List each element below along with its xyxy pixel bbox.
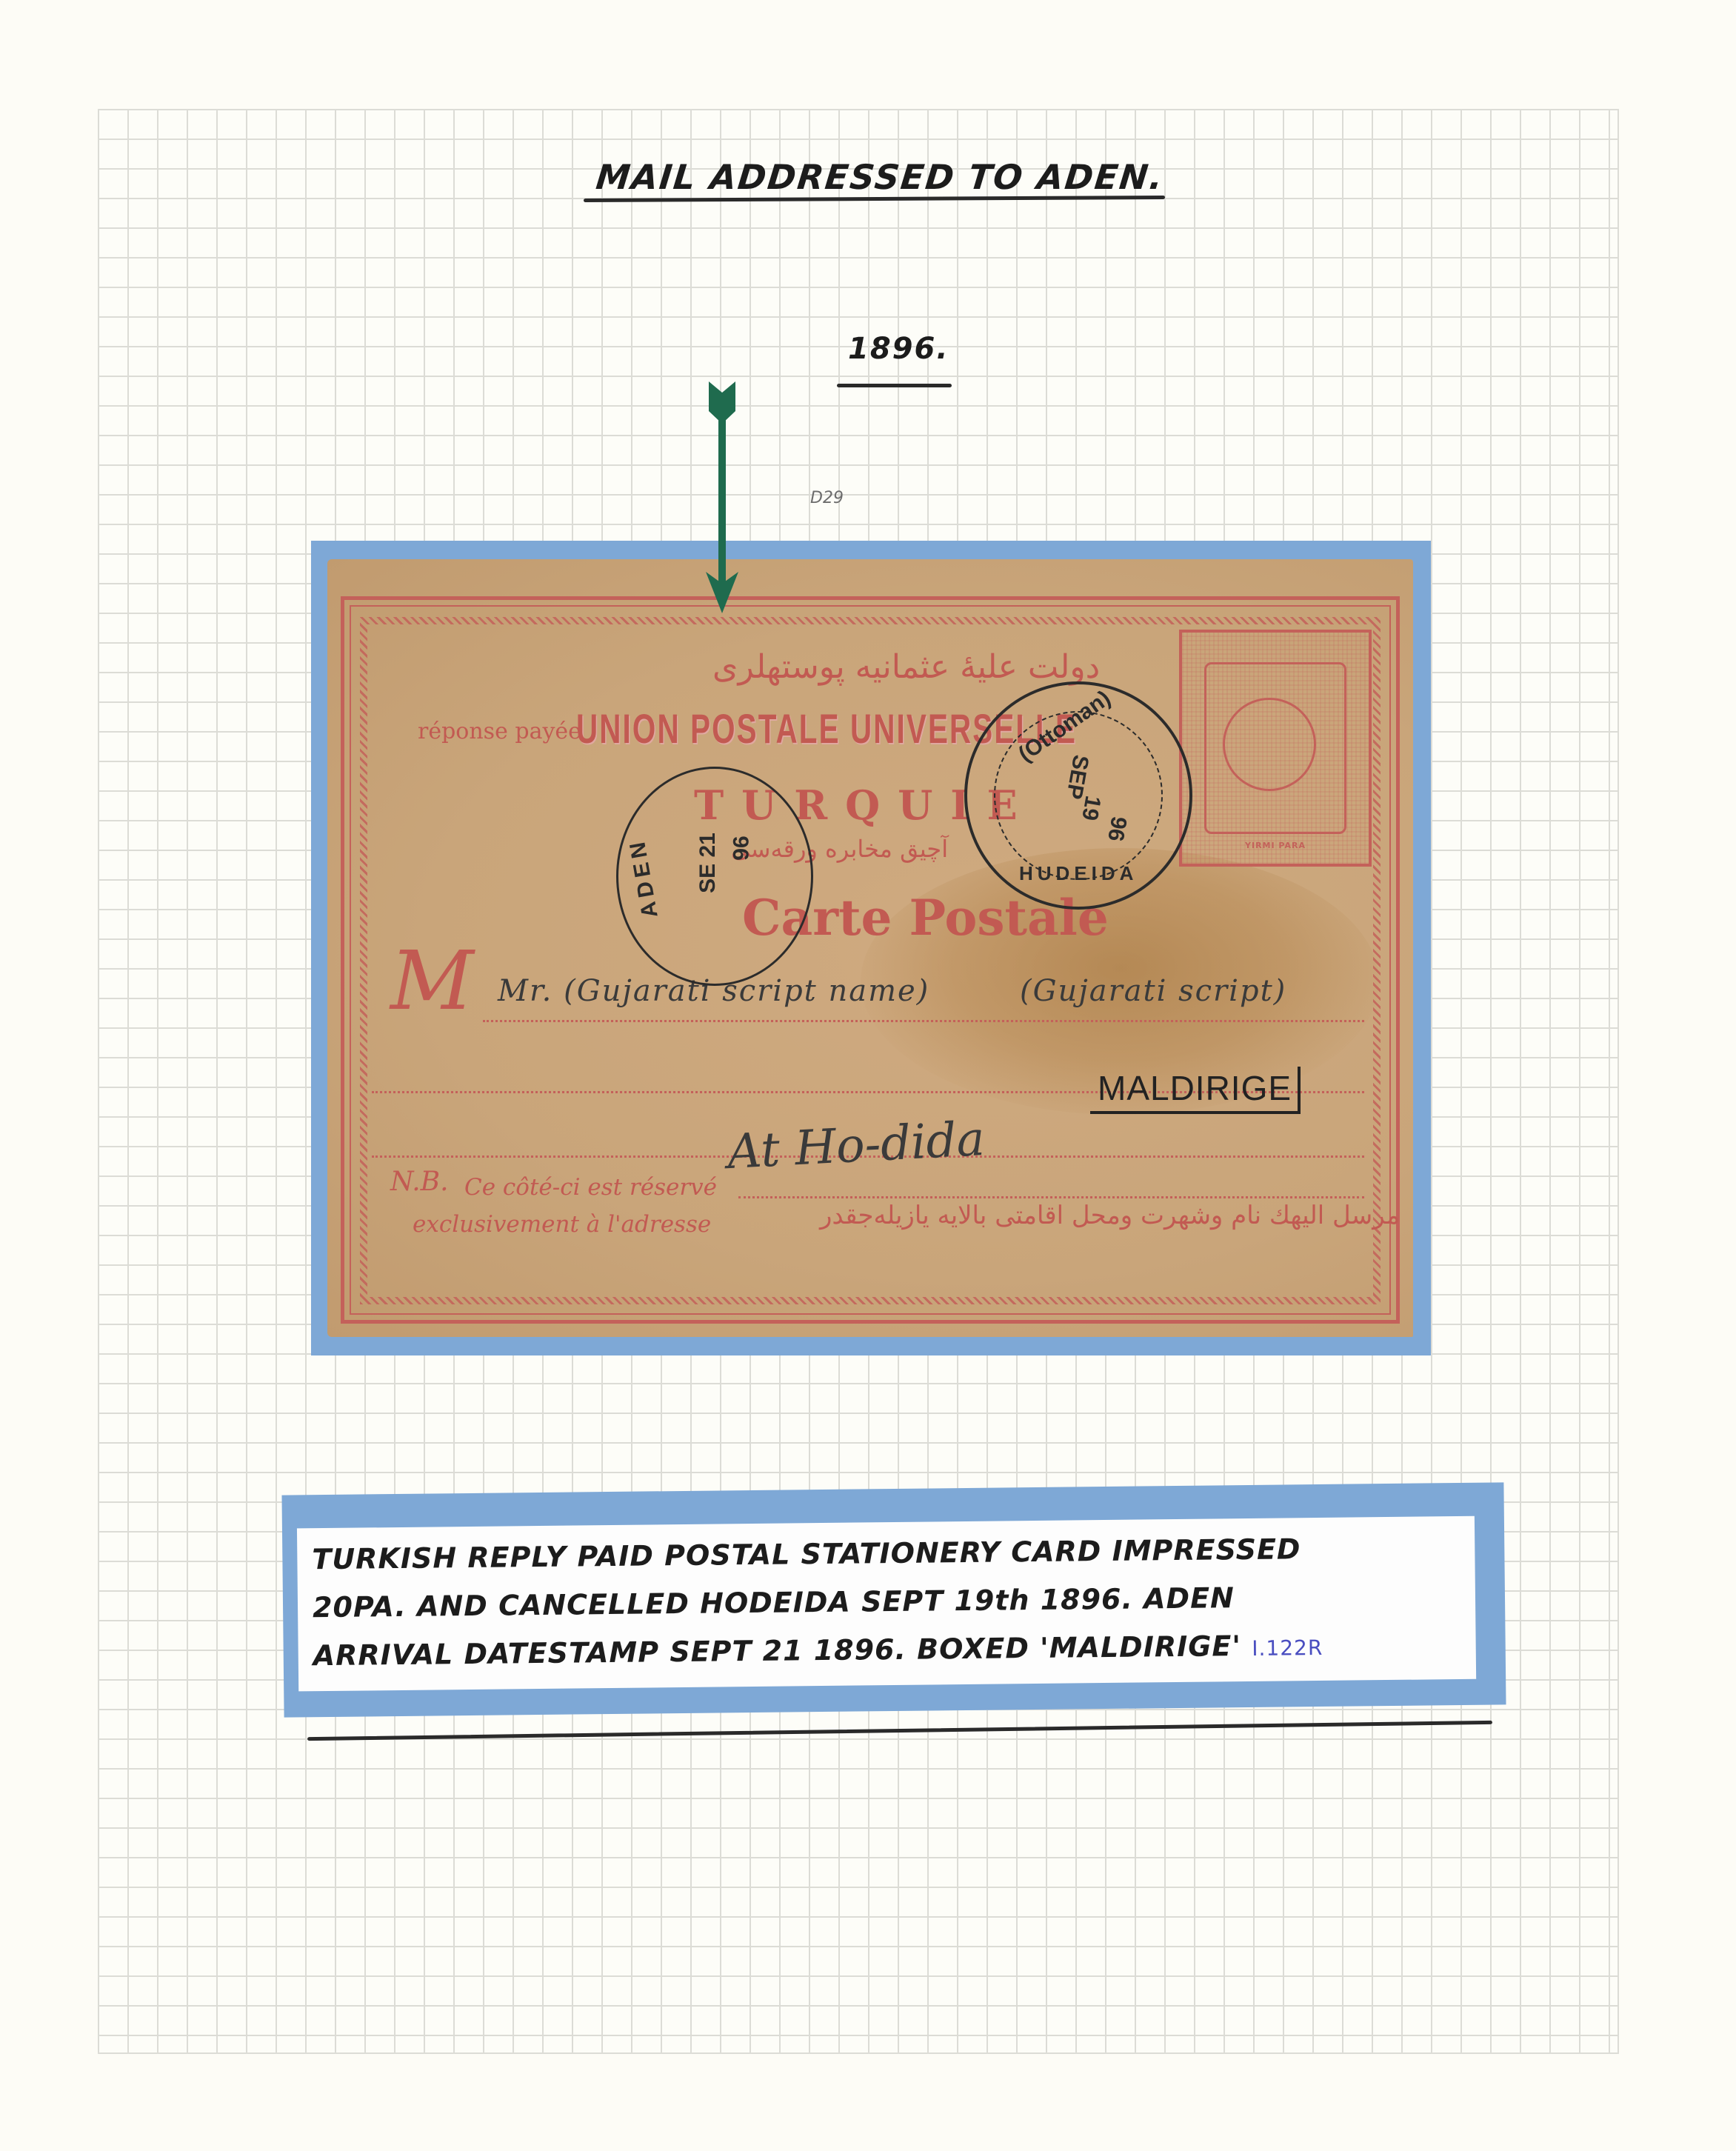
ottoman-header: دولت علیهٔ عثمانیه پوستهلری	[712, 648, 1100, 686]
green-arrow-icon	[700, 378, 744, 615]
postmark-day: 19	[1076, 794, 1105, 823]
aden-postmark: ADEN SE 21 96	[616, 767, 813, 986]
reference-note: D29	[810, 489, 844, 507]
postmark-town: HUDEIDA	[1019, 862, 1138, 885]
year-heading: 1896.	[848, 332, 949, 366]
year-underline	[837, 384, 952, 387]
caption-line-3-text: ARRIVAL DATESTAMP SEPT 21 1896. BOXED 'M…	[313, 1630, 1242, 1672]
ottoman-footer: مرسل الیهك نام وشهرت ومحل اقامتی بالایه …	[820, 1201, 1400, 1230]
nb-label: N.B.	[390, 1167, 449, 1197]
manuscript-addressee-continued: (Gujarati script)	[1020, 974, 1286, 1008]
address-line	[738, 1196, 1364, 1198]
catalogue-reference: I.122R	[1252, 1635, 1323, 1661]
postmark-year: 96	[730, 836, 755, 860]
imprinted-stamp: YIRMI PARA	[1179, 630, 1372, 867]
postcard: دولت علیهٔ عثمانیه پوستهلری réponse payé…	[327, 559, 1413, 1337]
postcard-mount: دولت علیهٔ عثمانیه پوستهلری réponse payé…	[311, 541, 1431, 1355]
page-title: MAIL ADDRESSED TO ADEN.	[594, 157, 1166, 197]
caption-card: TURKISH REPLY PAID POSTAL STATIONERY CAR…	[297, 1516, 1476, 1692]
postmark-town: ADEN	[624, 836, 663, 919]
caption-line-1: TURKISH REPLY PAID POSTAL STATIONERY CAR…	[312, 1533, 1301, 1575]
nb-text-line1: Ce côté-ci est réservé	[464, 1174, 717, 1201]
caption-mount: TURKISH REPLY PAID POSTAL STATIONERY CAR…	[281, 1482, 1506, 1717]
postmark-year: 96	[1102, 815, 1131, 844]
reply-paid-label: réponse payée	[418, 718, 581, 744]
boxed-maldirige-handstamp: MALDIRIGE	[1090, 1067, 1301, 1114]
stamp-value: YIRMI PARA	[1182, 841, 1369, 850]
crescent-star-emblem-icon	[1223, 698, 1316, 791]
postmark-date: SE 21	[695, 833, 721, 893]
salutation-initial: M	[390, 933, 474, 1028]
nb-text-line2: exclusivement à l'adresse	[413, 1211, 711, 1238]
caption-line-3: ARRIVAL DATESTAMP SEPT 21 1896. BOXED 'M…	[313, 1629, 1323, 1672]
hodeida-postmark: (Ottoman) SEP 19 96 HUDEIDA	[964, 681, 1192, 910]
caption-line-2: 20PA. AND CANCELLED HODEIDA SEPT 19th 18…	[313, 1581, 1235, 1624]
address-line	[483, 1020, 1364, 1022]
